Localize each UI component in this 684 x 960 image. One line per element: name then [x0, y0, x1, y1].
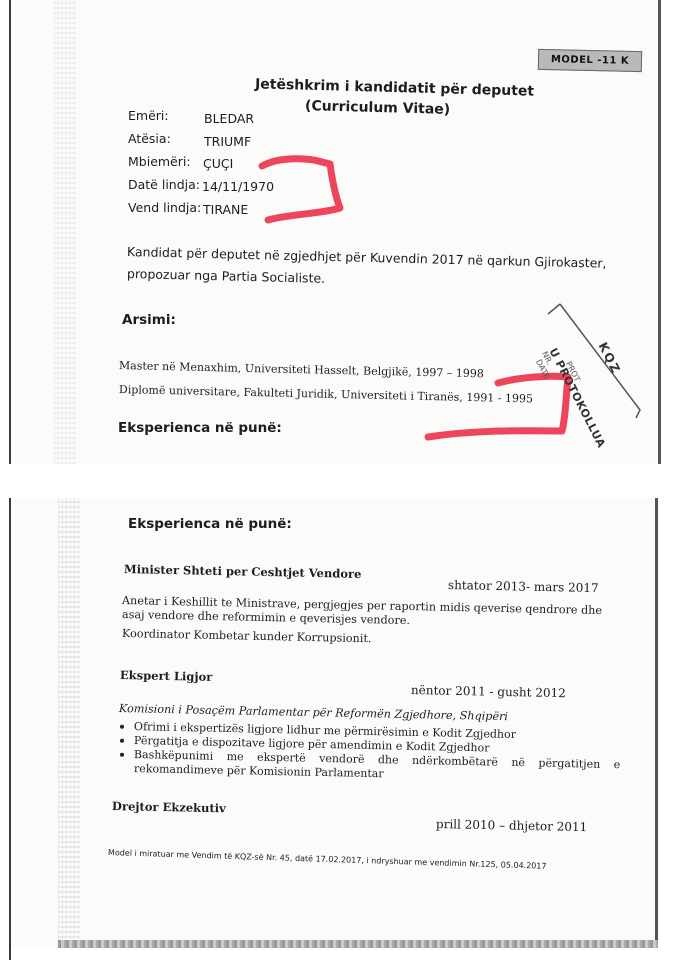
- job-title: Drejtor Ekzekutiv: [112, 799, 226, 815]
- field-value-birthplace: TIRANE: [203, 202, 248, 217]
- model-badge: MODEL -11 K: [538, 49, 642, 72]
- experience-heading: Eksperienca në punë:: [128, 516, 292, 532]
- field-value-father: TRIUMF: [204, 134, 251, 149]
- field-label-birthdate: Datë lindja:: [128, 177, 200, 192]
- protocol-stamp: U PROTOKOLLUA KQZ NR. DATE PROT: [540, 300, 650, 430]
- bullet-icon: [120, 739, 124, 743]
- page-edge-right: [655, 498, 658, 943]
- field-label-name: Emëri:: [128, 108, 169, 123]
- education-heading: Arsimi:: [122, 312, 176, 328]
- job-title: Ekspert Ligjor: [120, 668, 213, 684]
- scan-noise: [58, 498, 80, 948]
- field-value-surname: ÇUÇI: [203, 156, 233, 171]
- bullet-icon: [120, 753, 124, 757]
- page-edge-right: [658, 0, 661, 464]
- page-edge-left: [9, 498, 11, 960]
- experience-heading-page1: Eksperienca në punë:: [118, 420, 282, 436]
- highlight-bracket-personal: [250, 150, 360, 230]
- field-label-birthplace: Vend lindja:: [128, 200, 201, 215]
- bullet-icon: [120, 725, 124, 729]
- page-edge-left: [9, 0, 11, 464]
- page-bottom-edge: [58, 940, 658, 948]
- scan-noise: [54, 0, 76, 464]
- field-label-surname: Mbiemëri:: [128, 154, 191, 169]
- field-label-father: Atësia:: [128, 131, 171, 146]
- field-value-name: BLEDAR: [204, 111, 254, 126]
